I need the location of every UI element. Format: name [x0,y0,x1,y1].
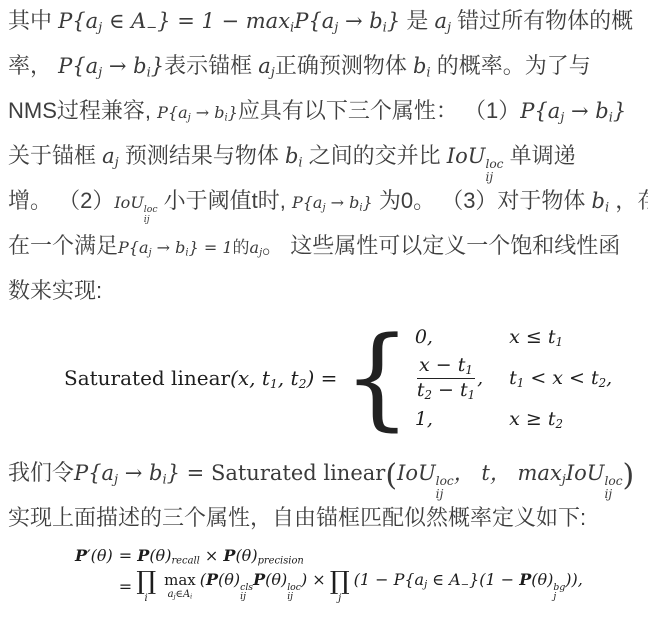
cases-grid: 0, x ≤ t1 x − t1t2 − t1, t1 < x < t2, 1,… [415,326,612,431]
stacked-subsup: locij [144,205,158,224]
math-segment: aj [434,9,451,33]
text-segment: 增。 （2） [8,188,114,213]
product-symbol: ∏ [136,568,156,593]
text-segment: 是 [400,8,434,33]
text-line-6: 在一个满足P{aj → bi} = 1的aj。 这些属性可以定义一个饱和线性函 [8,229,620,265]
text-segment: 应具有以下三个属性： （1） [238,98,520,123]
small-math-segment: P{aj → bi} [292,193,373,212]
text-segment: 关于锚框 [8,143,102,168]
max-limit: aj∈Ai [168,589,193,601]
recall-times-precision: P(θ)recall × P(θ)precision [137,546,304,565]
case2-condition: t1 < x < t2, [509,367,612,389]
text-line-2: 率， P{aj → bi}表示锚框 aj正确预测物体 bi 的概率。为了与 [8,49,591,83]
stacked-subsup: bgj [553,583,565,602]
math-segment: P{aj ∈ A−} = 1 − maxiP{aj → bi} [58,9,400,33]
text-segment: 数来实现: [8,278,102,303]
text-segment: 率， [8,53,58,78]
math-segment: aj [258,54,275,78]
small-math-segment: P{aj → bi} = 1 [118,238,233,257]
fraction-denominator: t2 − t1 [417,378,475,403]
math-segment: IoUlocij， t， maxjIoUlocij [397,461,623,485]
product-operator-j: ∏j [330,568,350,605]
text-line-7: 数来实现: [8,274,102,308]
comma: , [477,367,483,389]
equals-sign: = [119,546,138,565]
likelihood-row1: = P(θ)recall × P(θ)precision [119,546,583,565]
case1-condition: x ≤ t1 [509,326,563,348]
text-segment: 为0。 （3）对于物体 [373,188,592,213]
text-segment: 实现上面描述的三个属性，自由锚框匹配似然概率定义如下: [8,505,586,530]
math-segment: P{aj → bi} = [74,461,211,485]
document-page: 其中 P{aj ∈ A−} = 1 − maxiP{aj → bi} 是 aj … [0,0,648,625]
text-segment: 预测结果与物体 [119,143,285,168]
script-P: P [75,546,87,565]
product-symbol: ∏ [330,568,350,593]
text-segment: 小于阈值t时, [158,188,292,213]
text-segment: 之间的交并比 [303,143,447,168]
text-line-9: 实现上面描述的三个属性，自由锚框匹配似然概率定义如下: [8,501,586,535]
math-segment: P{aj → bi} [58,54,164,78]
script-P: P [223,546,235,565]
likelihood-row2: = ∏i maxaj∈Ai (P(θ)clsijP(θ)locij) × ∏j … [119,568,583,605]
stacked-subsup: locij [287,583,301,602]
case3-condition: x ≥ t2 [509,408,563,430]
script-P: P [519,570,531,589]
text-segment: 正确预测物体 [275,53,413,78]
text-line-5: 增。 （2）IoUlocij 小于阈值t时, P{aj → bi} 为0。 （3… [8,184,648,225]
formula-lhs: Saturated linear(x, t1, t2) = [64,366,337,390]
text-segment: 我们令 [8,460,74,485]
small-math-segment: P{aj → bi} [157,103,238,122]
case3-value: 1, [415,408,433,430]
likelihood-formula: P′(θ) = P(θ)recall × P(θ)precision = ∏i … [75,546,583,605]
recall-factor: (P(θ)clsijP(θ)locij) × [200,570,326,602]
math-segment: P{aj → bi} [520,99,626,123]
math-segment: bi [285,144,303,168]
product-limit: j [338,593,341,605]
likelihood-lhs: P′(θ) [75,546,113,565]
small-math-segment: IoUlocij [114,193,157,212]
fraction-numerator: x − t1 [417,354,475,378]
text-segment: 的概率。为了与 [431,53,591,78]
math-segment: bi [592,189,610,213]
stacked-subsup: locij [436,475,454,501]
product-operator-i: ∏i [136,568,156,605]
roman-math-segment: Saturated linear [211,461,385,485]
text-line-4: 关于锚框 aj 预测结果与物体 bi 之间的交并比 IoUlocij 单调递 [8,139,576,184]
text-segment: 其中 [8,8,58,33]
max-word: max [164,572,196,589]
text-segment: 表示锚框 [164,53,258,78]
function-name: Saturated linear [64,366,230,390]
text-line-8: 我们令P{aj → bi} = Saturated linear(IoUloci… [8,456,634,501]
text-segment: NMS过程兼容, [8,98,157,123]
equals-sign: = [119,577,132,596]
small-text-segment: 的 [233,238,250,257]
case2-value: x − t1t2 − t1, [415,354,483,403]
case1-value: 0, [415,326,433,348]
max-operator: maxaj∈Ai [164,572,196,600]
math-segment: bi [413,54,431,78]
math-segment: aj [102,144,119,168]
text-line-1: 其中 P{aj ∈ A−} = 1 − maxiP{aj → bi} 是 aj … [8,4,633,38]
script-P: P [253,570,265,589]
saturated-linear-formula: Saturated linear(x, t1, t2) = { 0, x ≤ t… [64,325,612,431]
stacked-subsup: locij [485,158,503,184]
text-segment: 。 这些属性可以定义一个饱和线性函 [262,233,620,258]
cases-brace: { [343,323,410,433]
function-args: (x, t1, t2) = [230,366,337,390]
big-paren: ( [385,458,397,493]
precision-factor: (1 − P{aj ∈ A−}(1 − P(θ)bgj)), [354,570,583,602]
text-segment: 错过所有物体的概 [451,8,633,33]
text-segment: 在一个满足 [8,233,118,258]
text-segment: 单调递 [503,143,575,168]
script-P: P [137,546,149,565]
product-limit: i [145,593,148,605]
text-segment: ，存 [609,188,648,213]
small-math-segment: aj [250,238,263,257]
stacked-subsup: clsij [240,583,253,602]
big-paren: ) [623,458,635,493]
stacked-subsup: locij [604,475,622,501]
text-line-3: NMS过程兼容, P{aj → bi}应具有以下三个属性： （1）P{aj → … [8,94,626,130]
script-P: P [206,570,218,589]
math-segment: IoUlocij [447,144,504,168]
fraction: x − t1t2 − t1 [415,354,477,403]
